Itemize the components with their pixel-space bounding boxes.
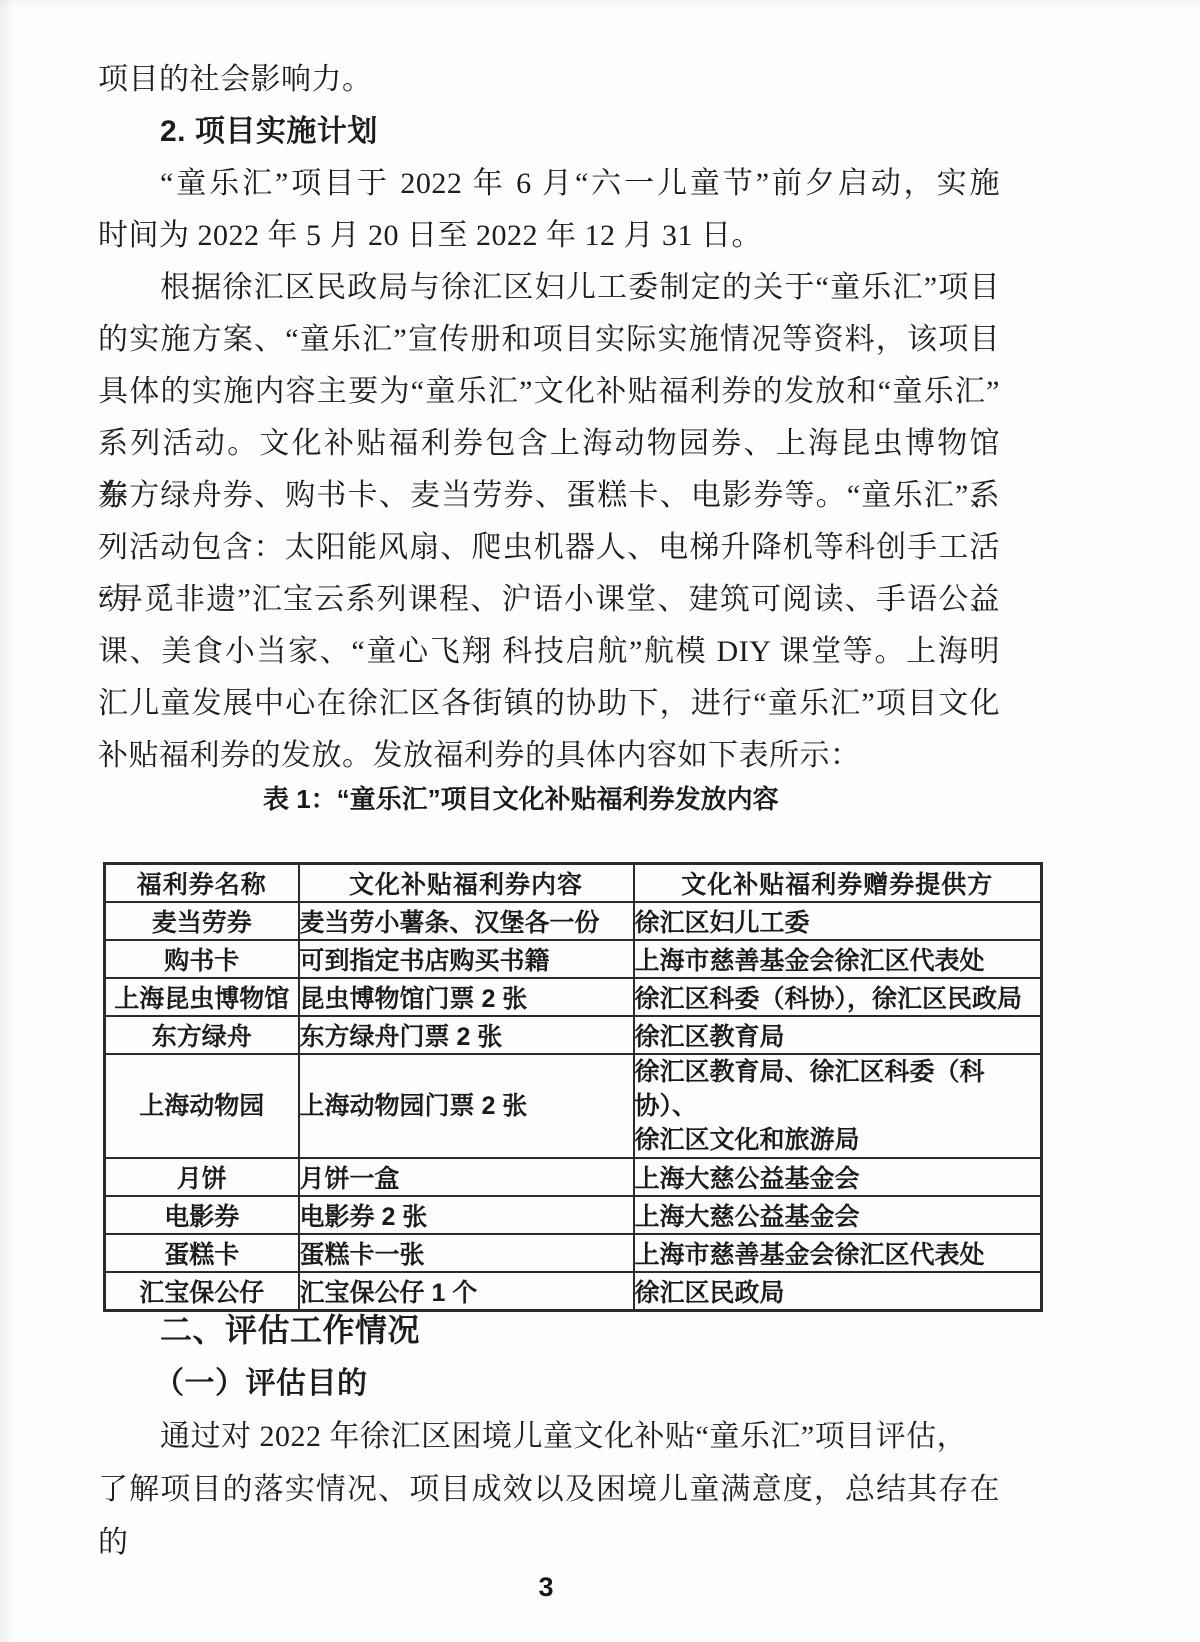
text-line: 时间为 2022 年 5 月 20 日至 2022 年 12 月 31 日。: [98, 210, 1000, 262]
cell-voucher-provider: 上海大慈公益基金会: [634, 1196, 1042, 1234]
column-header-voucher-provider: 文化补贴福利券赠券提供方: [634, 864, 1042, 903]
cell-voucher-content: 蛋糕卡一张: [299, 1234, 634, 1272]
cell-voucher-provider: 上海市慈善基金会徐汇区代表处: [634, 1234, 1042, 1272]
table-caption: 表 1：“童乐汇”项目文化补贴福利券发放内容: [263, 776, 779, 822]
text-line: 汇儿童发展中心在徐汇区各街镇的协助下，进行“童乐汇”项目文化: [98, 678, 1000, 730]
table-row-shanghai-zoo: 上海动物园 上海动物园门票 2 张 徐汇区教育局、徐汇区科委（科协）、徐汇区文化…: [105, 1054, 1042, 1158]
cell-voucher-name: 东方绿舟: [105, 1016, 299, 1054]
cell-voucher-content: 麦当劳小薯条、汉堡各一份: [299, 902, 634, 940]
subsection-heading-evaluation-purpose: （一）评估目的: [98, 1357, 1000, 1410]
cell-voucher-provider: 徐汇区妇儿工委: [634, 902, 1042, 940]
column-header-voucher-content: 文化补贴福利券内容: [299, 864, 634, 903]
cell-voucher-name: 电影券: [105, 1196, 299, 1234]
cell-voucher-name: 上海动物园: [105, 1054, 299, 1158]
paragraph-block-bottom: 二、评估工作情况 （一）评估目的 通过对 2022 年徐汇区困境儿童文化补贴“童…: [98, 1304, 1000, 1516]
table-row-insect-museum: 上海昆虫博物馆 昆虫博物馆门票 2 张 徐汇区科委（科协），徐汇区民政局: [105, 978, 1042, 1016]
table-row-cake-card: 蛋糕卡 蛋糕卡一张 上海市慈善基金会徐汇区代表处: [105, 1234, 1042, 1272]
text-line: 东方绿舟券、购书卡、麦当劳券、蛋糕卡、电影券等。“童乐汇”系: [98, 470, 1000, 522]
cell-voucher-name: 麦当劳券: [105, 902, 299, 940]
text-line: 的实施方案、“童乐汇”宣传册和项目实际实施情况等资料，该项目: [98, 314, 1000, 366]
text-line: 项目的社会影响力。: [98, 54, 1000, 106]
provider-line-2: 徐汇区文化和旅游局: [635, 1126, 860, 1154]
text-line: 了解项目的落实情况、项目成效以及困境儿童满意度，总结其存在的: [98, 1463, 1000, 1516]
voucher-table: 福利券名称 文化补贴福利券内容 文化补贴福利券赠券提供方 麦当劳券 麦当劳小薯条…: [103, 862, 1043, 1312]
cell-voucher-content: 昆虫博物馆门票 2 张: [299, 978, 634, 1016]
table-row-movie-ticket: 电影券 电影券 2 张 上海大慈公益基金会: [105, 1196, 1042, 1234]
table-row-bookcard: 购书卡 可到指定书店购买书籍 上海市慈善基金会徐汇区代表处: [105, 940, 1042, 978]
table-row-mcdonalds: 麦当劳券 麦当劳小薯条、汉堡各一份 徐汇区妇儿工委: [105, 902, 1042, 940]
document-page: 项目的社会影响力。 2. 项目实施计划 “童乐汇”项目于 2022 年 6 月“…: [0, 0, 1200, 1642]
text-line: 根据徐汇区民政局与徐汇区妇儿工委制定的关于“童乐汇”项目: [98, 262, 1000, 314]
cell-voucher-provider: 上海大慈公益基金会: [634, 1158, 1042, 1196]
table-row-mooncake: 月饼 月饼一盒 上海大慈公益基金会: [105, 1158, 1042, 1196]
cell-voucher-name: 月饼: [105, 1158, 299, 1196]
text-line: 课、美食小当家、“童心飞翔 科技启航”航模 DIY 课堂等。上海明: [98, 626, 1000, 678]
text-line: 通过对 2022 年徐汇区困境儿童文化补贴“童乐汇”项目评估，: [98, 1410, 1000, 1463]
paragraph-block-top: 项目的社会影响力。 2. 项目实施计划 “童乐汇”项目于 2022 年 6 月“…: [98, 54, 1000, 782]
text-line: 列活动包含：太阳能风扇、爬虫机器人、电梯升降机等科创手工活动、: [98, 522, 1000, 574]
provider-line-1: 徐汇区教育局、徐汇区科委（科协）、: [635, 1058, 985, 1120]
cell-voucher-content: 东方绿舟门票 2 张: [299, 1016, 634, 1054]
cell-voucher-provider: 徐汇区科委（科协），徐汇区民政局: [634, 978, 1042, 1016]
cell-voucher-content: 月饼一盒: [299, 1158, 634, 1196]
cell-voucher-content: 电影券 2 张: [299, 1196, 634, 1234]
cell-voucher-name: 上海昆虫博物馆: [105, 978, 299, 1016]
table-row-dongfang-lvzhou: 东方绿舟 东方绿舟门票 2 张 徐汇区教育局: [105, 1016, 1042, 1054]
text-line: “寻觅非遗”汇宝云系列课程、沪语小课堂、建筑可阅读、手语公益: [98, 574, 1000, 626]
cell-voucher-provider: 上海市慈善基金会徐汇区代表处: [634, 940, 1042, 978]
column-header-voucher-name: 福利券名称: [105, 864, 299, 903]
section-heading-implementation-plan: 2. 项目实施计划: [98, 106, 1000, 158]
text-line: 具体的实施内容主要为“童乐汇”文化补贴福利券的发放和“童乐汇”: [98, 366, 1000, 418]
text-line: “童乐汇”项目于 2022 年 6 月“六一儿童节”前夕启动，实施: [98, 158, 1000, 210]
cell-voucher-name: 蛋糕卡: [105, 1234, 299, 1272]
cell-voucher-content: 上海动物园门票 2 张: [299, 1054, 634, 1158]
cell-voucher-provider: 徐汇区教育局: [634, 1016, 1042, 1054]
text-line: 系列活动。文化补贴福利券包含上海动物园券、上海昆虫博物馆券、: [98, 418, 1000, 470]
section-heading-evaluation-work: 二、评估工作情况: [98, 1304, 1000, 1357]
page-number: 3: [0, 1566, 1092, 1608]
cell-voucher-name: 购书卡: [105, 940, 299, 978]
table-header-row: 福利券名称 文化补贴福利券内容 文化补贴福利券赠券提供方: [105, 864, 1042, 903]
text-line: 补贴福利券的发放。发放福利券的具体内容如下表所示：: [98, 730, 1000, 782]
cell-voucher-content: 可到指定书店购买书籍: [299, 940, 634, 978]
cell-voucher-provider: 徐汇区教育局、徐汇区科委（科协）、徐汇区文化和旅游局: [634, 1054, 1042, 1158]
